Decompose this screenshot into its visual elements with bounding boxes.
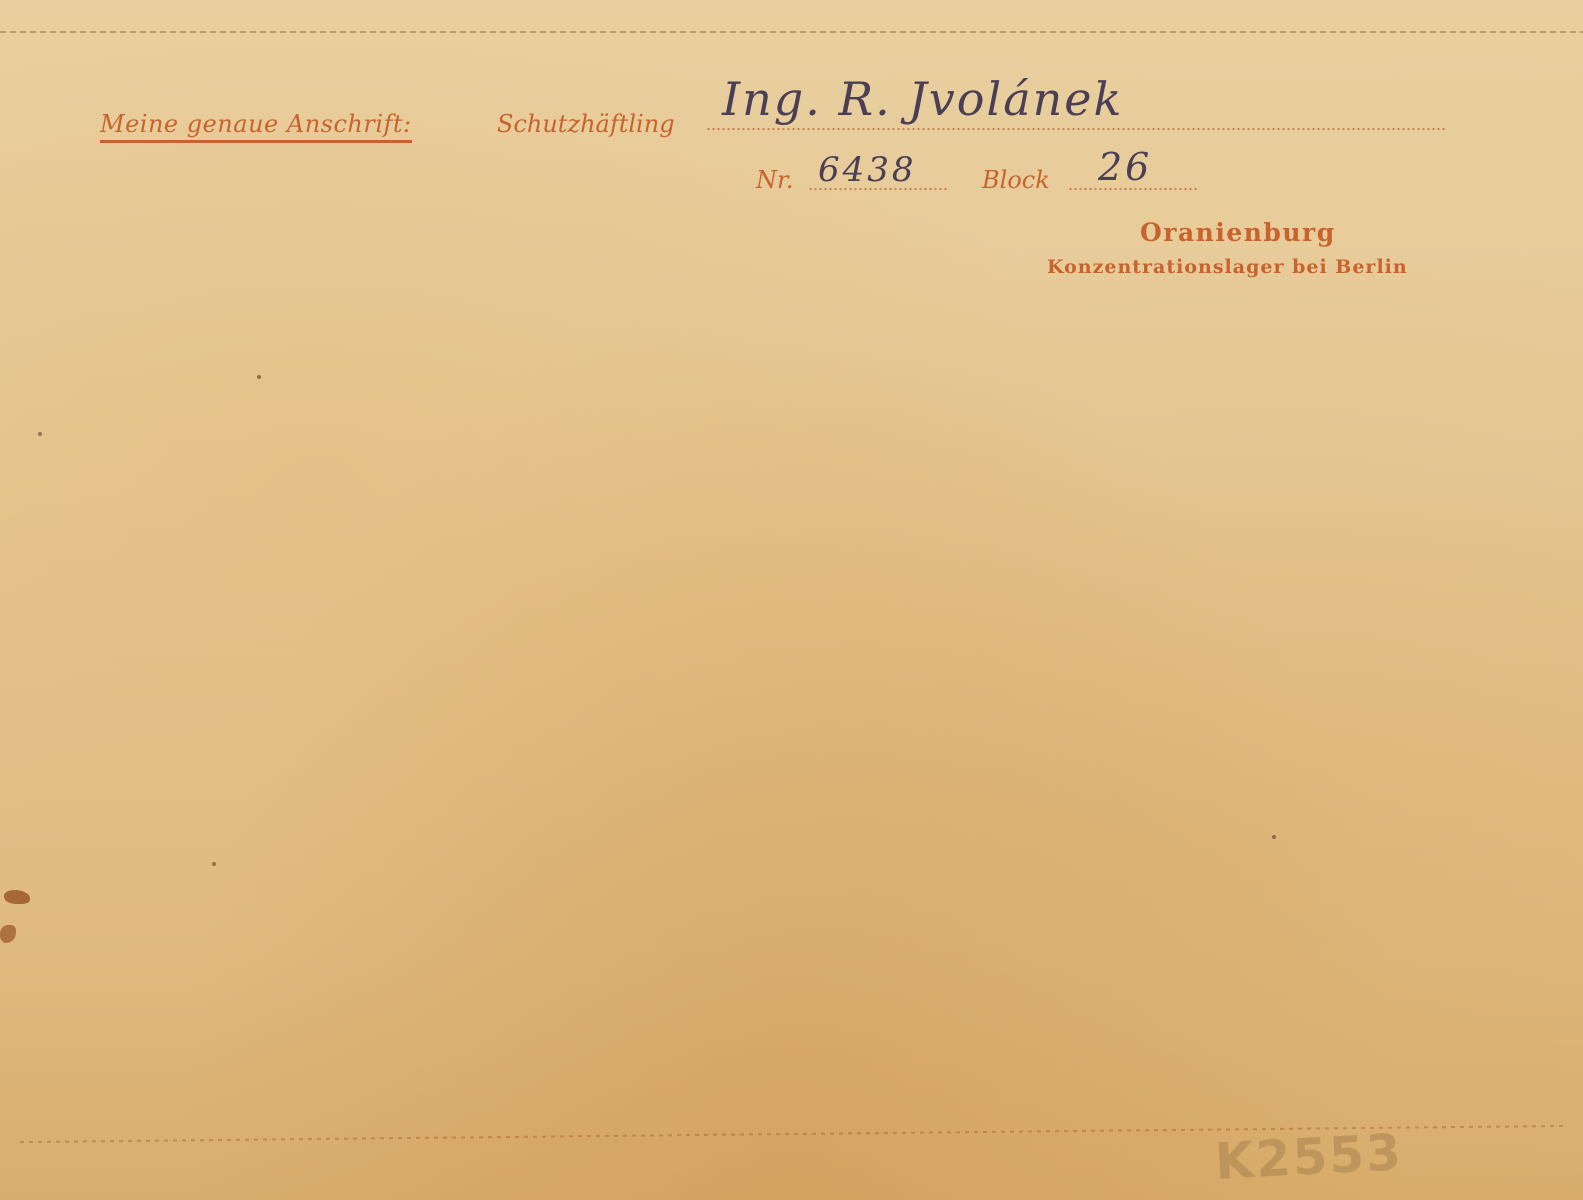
prisoner-label: Schutzhäftling (497, 110, 675, 138)
prisoner-number-handwritten: 6438 (818, 150, 917, 190)
paper-speck (212, 862, 216, 866)
address-label: Meine genaue Anschrift: (100, 110, 412, 143)
block-number-handwritten: 26 (1098, 145, 1152, 189)
paper-speck (1272, 835, 1276, 839)
camp-city: Oranienburg (1140, 218, 1336, 247)
name-dotted-line (706, 128, 1446, 130)
top-fold-line (0, 31, 1583, 33)
prisoner-name-handwritten: Ing. R. Jvolánek (722, 72, 1123, 126)
edge-stain (0, 925, 16, 943)
camp-name: Konzentrationslager bei Berlin (1047, 256, 1408, 278)
paper-speck (38, 432, 42, 436)
number-label: Nr. (756, 166, 793, 194)
edge-stain (4, 890, 30, 904)
block-label: Block (982, 166, 1050, 194)
paper-speck (257, 375, 261, 379)
archive-stamp-number: K2553 (1214, 1123, 1405, 1191)
